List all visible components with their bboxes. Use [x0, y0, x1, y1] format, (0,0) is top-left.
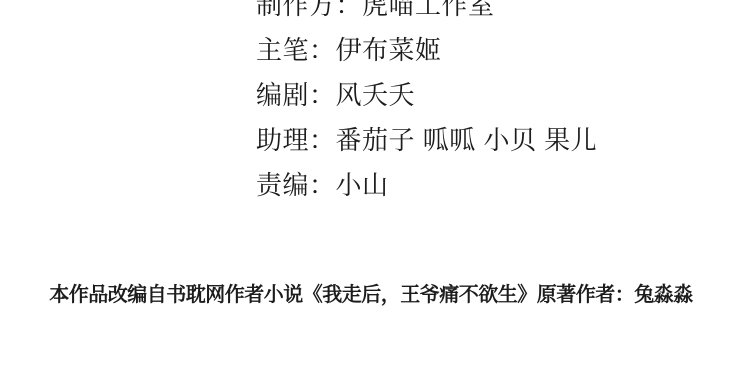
- credit-names: 小山: [336, 170, 389, 200]
- credit-role-label: 制作方：: [256, 0, 362, 20]
- credit-line-assistants: 助理：番茄子 呱呱 小贝 果儿: [256, 118, 597, 163]
- credit-line-editor: 责编：小山: [256, 163, 597, 208]
- credit-names: 伊布菜姬: [336, 35, 442, 65]
- credit-line-lead-artist: 主笔：伊布菜姬: [256, 28, 597, 73]
- comic-credits-page: 制作方：虎喵工作室 主笔：伊布菜姬 编剧：风夭夭 助理：番茄子 呱呱 小贝 果儿…: [0, 0, 742, 377]
- credit-role-label: 责编：: [256, 170, 336, 200]
- credits-block: 制作方：虎喵工作室 主笔：伊布菜姬 编剧：风夭夭 助理：番茄子 呱呱 小贝 果儿…: [256, 0, 597, 208]
- credit-role-label: 助理：: [256, 125, 336, 155]
- credit-line-production: 制作方：虎喵工作室: [256, 0, 597, 28]
- credit-line-screenwriter: 编剧：风夭夭: [256, 73, 597, 118]
- adaptation-source-notice: 本作品改编自书耽网作者小说《我走后，王爷痛不欲生》原著作者：兔淼淼: [0, 278, 742, 307]
- credit-names: 风夭夭: [336, 80, 416, 110]
- credit-role-label: 编剧：: [256, 80, 336, 110]
- credit-names: 番茄子 呱呱 小贝 果儿: [336, 125, 598, 155]
- credit-role-label: 主笔：: [256, 35, 336, 65]
- credit-names: 虎喵工作室: [362, 0, 495, 20]
